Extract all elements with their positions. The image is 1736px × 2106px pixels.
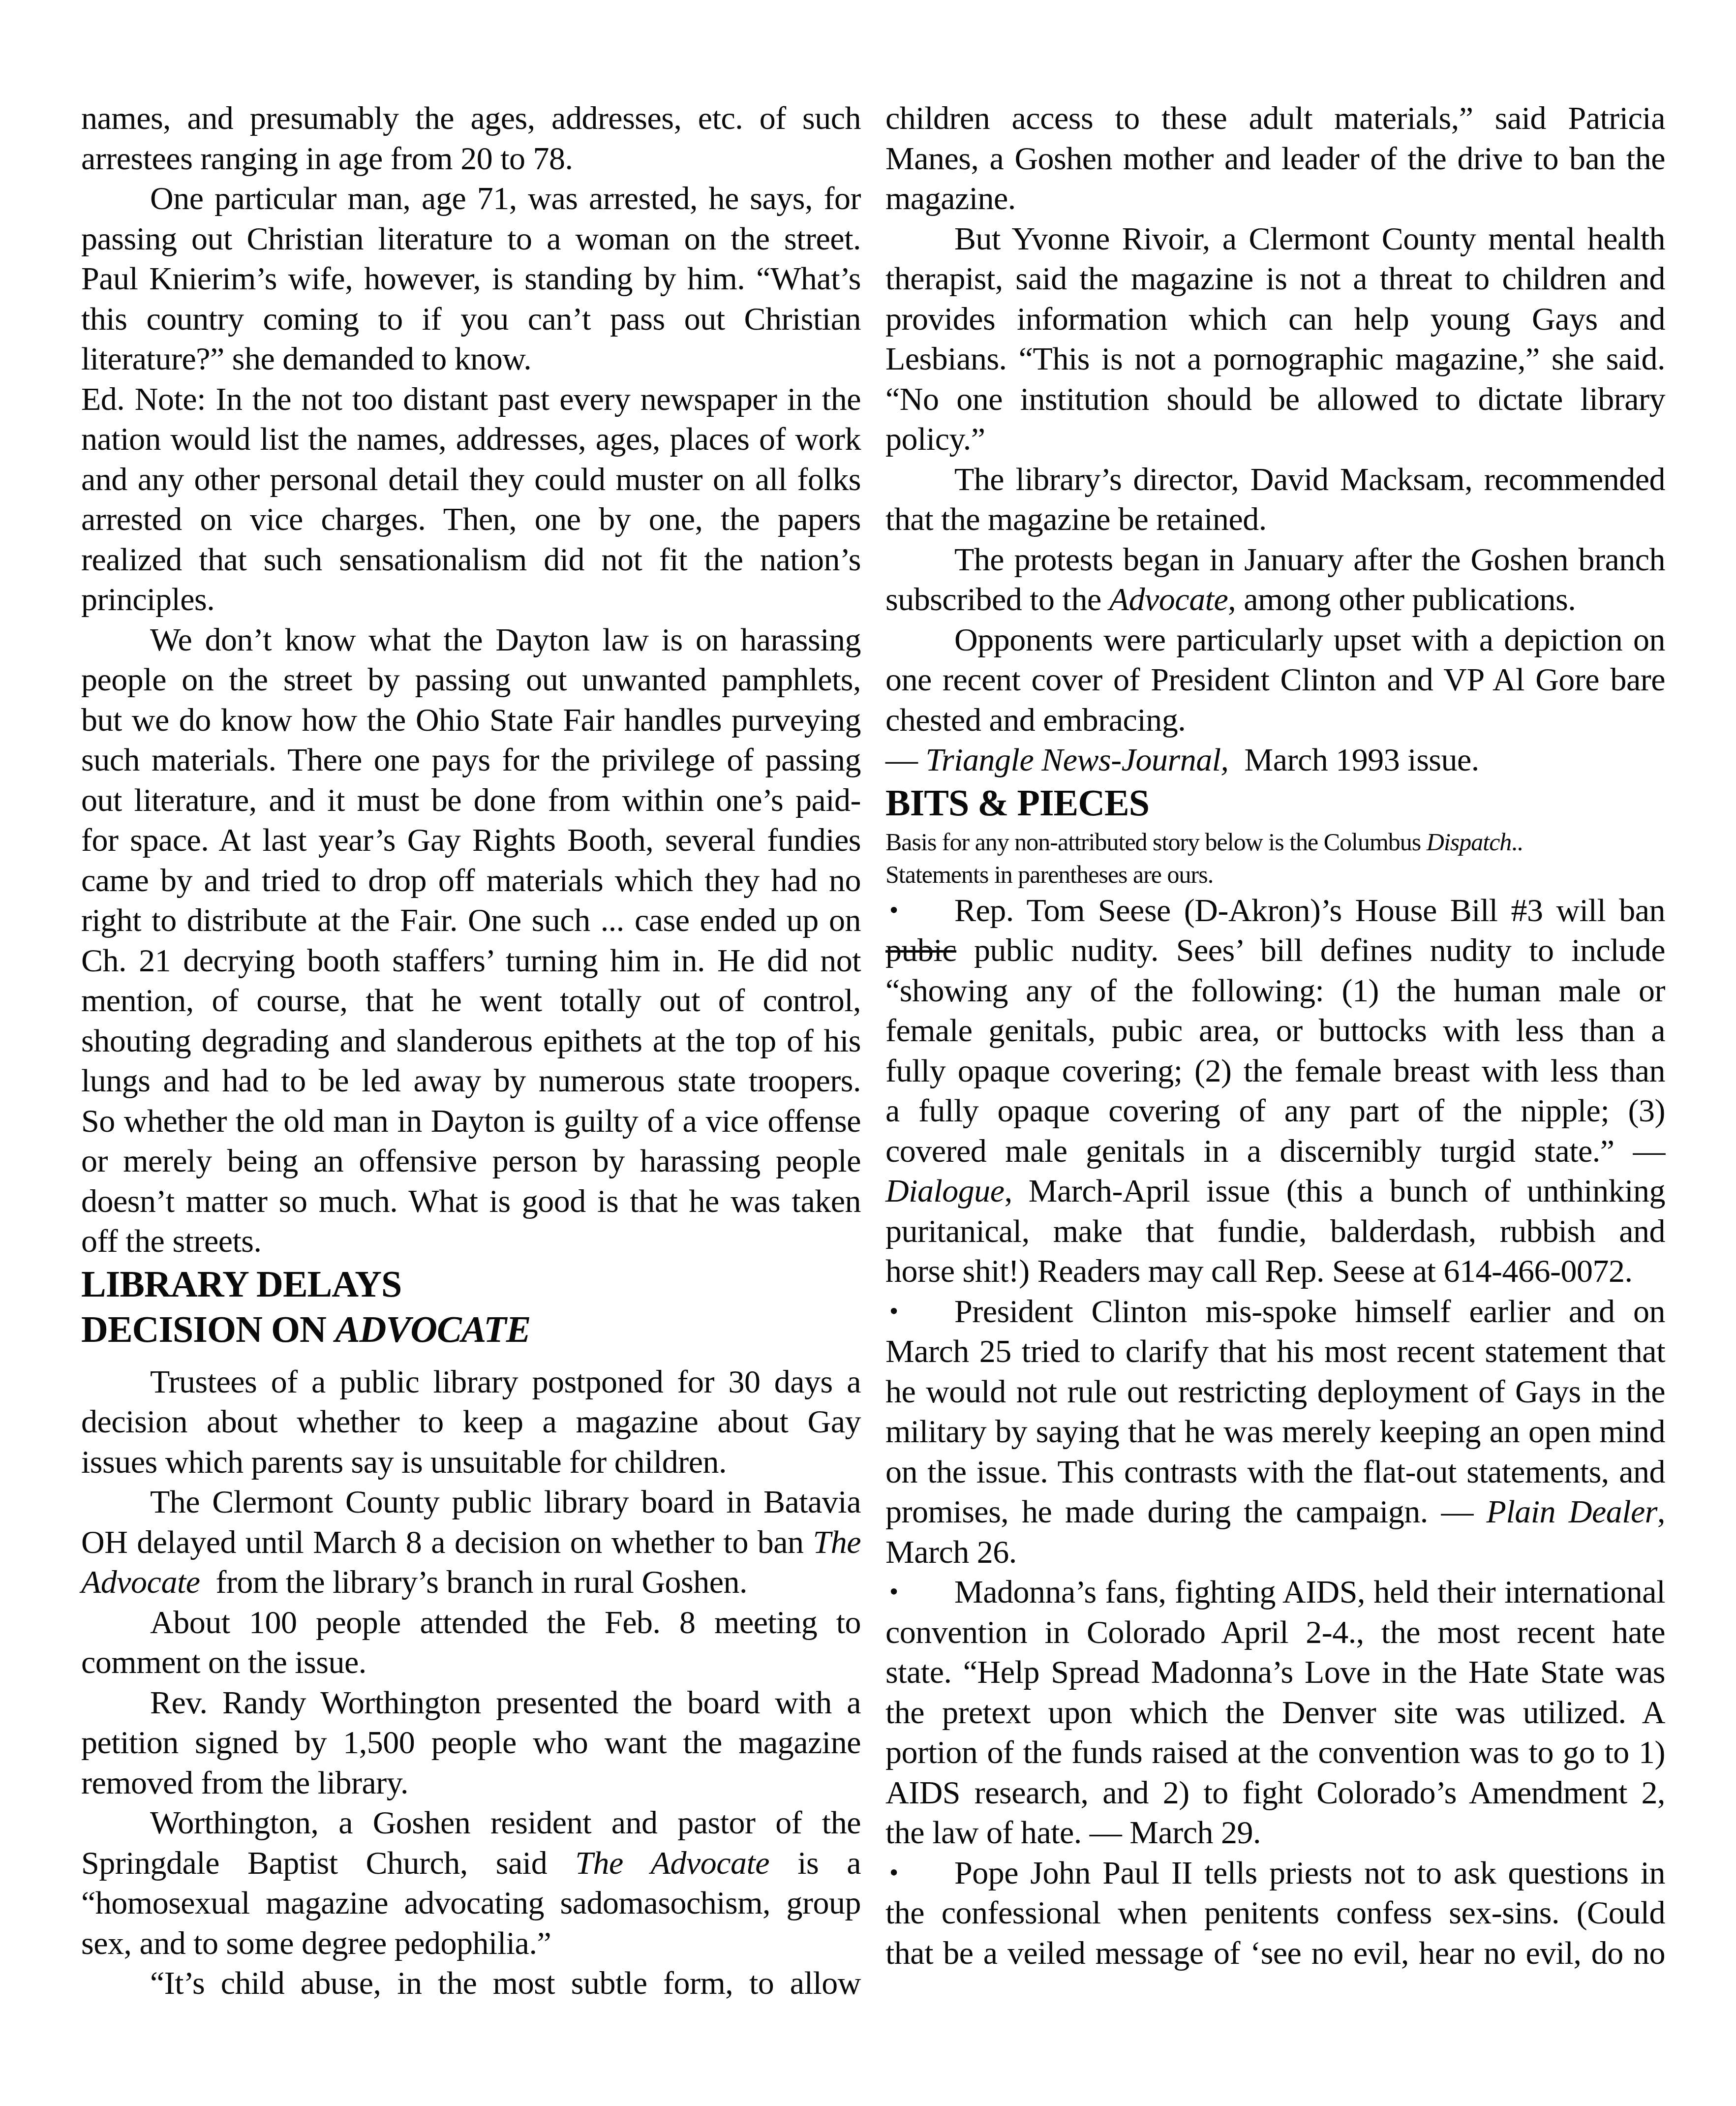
text-line: principles.: [81, 580, 861, 620]
text-line: one recent cover of President Clinton an…: [885, 660, 1665, 700]
text-span: , March-April issue (this a bunch of unt…: [1005, 1173, 1665, 1209]
text-line: •Madonna’s fans, fighting AIDS, held the…: [885, 1572, 1665, 1612]
text-line: people on the street by passing out unwa…: [81, 660, 861, 700]
text-line: magazine.: [885, 179, 1665, 219]
library-headline: LIBRARY DELAYS DECISION ON ADVOCATE: [81, 1262, 861, 1352]
text-line: Ch. 21 decrying booth staffers’ turning …: [81, 941, 861, 981]
publication-title: Dialogue: [885, 1173, 1005, 1209]
paragraph-worthington: Worthington, a Goshen resident and pasto…: [81, 1803, 861, 1963]
text-line: arrested on vice charges. Then, one by o…: [81, 499, 861, 540]
text-line: he would not rule out restricting deploy…: [885, 1372, 1665, 1412]
text-line: horse shit!) Readers may call Rep. Seese…: [885, 1251, 1665, 1292]
headline-italic-title: ADVOCATE: [335, 1309, 530, 1350]
paragraph-opponents: Opponents were particularly upset with a…: [885, 620, 1665, 741]
publication-title: Advocate: [81, 1564, 200, 1600]
text-line: covered male genitals in a discernibly t…: [885, 1131, 1665, 1172]
bullet-item-pope: •Pope John Paul II tells priests not to …: [885, 1853, 1665, 1974]
text-line: or merely being an offensive person by h…: [81, 1141, 861, 1181]
text-span: OH delayed until March 8 a decision on w…: [81, 1524, 813, 1560]
text-line: military by saying that he was merely ke…: [885, 1412, 1665, 1452]
paragraph-rivoir: But Yvonne Rivoir, a Clermont County men…: [885, 219, 1665, 460]
text-span: subscribed to the: [885, 582, 1109, 618]
text-line: for space. At last year’s Gay Rights Boo…: [81, 820, 861, 861]
struck-text: pubic: [885, 932, 956, 968]
text-line: therapist, said the magazine is not a th…: [885, 259, 1665, 299]
text-line: The library’s director, David Macksam, r…: [885, 460, 1665, 500]
text-span: ,: [1657, 1494, 1665, 1530]
paragraph-particular-man: One particular man, age 71, was arrested…: [81, 179, 861, 379]
text-span: from the library’s branch in rural Goshe…: [200, 1564, 748, 1600]
text-line: doesn’t matter so much. What is good is …: [81, 1181, 861, 1222]
text-line: literature?” she demanded to know.: [81, 339, 861, 379]
text-line: the confessional when penitents confess …: [885, 1893, 1665, 1933]
text-line: But Yvonne Rivoir, a Clermont County men…: [885, 219, 1665, 259]
text-span: Pope John Paul II tells priests not to a…: [954, 1855, 1665, 1891]
text-line: Springdale Baptist Church, said The Advo…: [81, 1843, 861, 1884]
text-line: So whether the old man in Dayton is guil…: [81, 1101, 861, 1142]
note-line: Statements in parentheses are ours.: [885, 858, 1665, 891]
text-line: promises, he made during the campaign. —…: [885, 1492, 1665, 1532]
note-line: Basis for any non-attributed story below…: [885, 826, 1665, 858]
publication-title: Advocate: [1109, 582, 1228, 618]
text-line: a fully opaque covering of any part of t…: [885, 1091, 1665, 1131]
text-line: policy.”: [885, 419, 1665, 460]
text-line: such materials. There one pays for the p…: [81, 740, 861, 780]
text-line: “It’s child abuse, in the most subtle fo…: [81, 1963, 861, 2004]
text-span: Madonna’s fans, fighting AIDS, held thei…: [954, 1574, 1665, 1610]
paragraph-manes: children access to these adult materials…: [885, 98, 1665, 219]
paragraph-trustees: Trustees of a public library postponed f…: [81, 1362, 861, 1483]
text-span: , among other publications.: [1228, 582, 1576, 618]
paragraph-attendance: About 100 people attended the Feb. 8 mee…: [81, 1603, 861, 1683]
headline-line: DECISION ON ADVOCATE: [81, 1307, 861, 1352]
text-line: Dialogue, March-April issue (this a bunc…: [885, 1171, 1665, 1211]
text-span: Basis for any non-attributed story below…: [885, 828, 1427, 856]
bits-note: Basis for any non-attributed story below…: [885, 826, 1665, 891]
article-continuation-arrests: names, and presumably the ages, addresse…: [81, 98, 861, 179]
bullet-icon: •: [889, 1853, 898, 1893]
text-line: chested and embracing.: [885, 700, 1665, 741]
bullet-item-clinton: •President Clinton mis-spoke himself ear…: [885, 1292, 1665, 1573]
newspaper-page: names, and presumably the ages, addresse…: [0, 0, 1736, 2106]
headline-text: DECISION ON: [81, 1309, 335, 1350]
text-line: •President Clinton mis-spoke himself ear…: [885, 1292, 1665, 1332]
text-line: but we do know how the Ohio State Fair h…: [81, 700, 861, 741]
text-line: Trustees of a public library postponed f…: [81, 1362, 861, 1402]
text-span: Springdale Baptist Church, said: [81, 1845, 575, 1881]
text-line: puritanical, make that fundie, balderdas…: [885, 1211, 1665, 1252]
publication-title: Plain Dealer: [1487, 1494, 1657, 1530]
text-line: that be a veiled message of ‘see no evil…: [885, 1933, 1665, 1974]
text-span: is a: [769, 1845, 861, 1881]
text-line: OH delayed until March 8 a decision on w…: [81, 1522, 861, 1563]
text-line: came by and tried to drop off materials …: [81, 861, 861, 901]
source-attribution: — Triangle News-Journal, March 1993 issu…: [885, 740, 1665, 780]
text-line: March 26.: [885, 1532, 1665, 1573]
text-line: the pretext upon which the Denver site w…: [885, 1693, 1665, 1733]
paragraph-petition: Rev. Randy Worthington presented the boa…: [81, 1683, 861, 1803]
publication-title: The: [813, 1524, 861, 1560]
text-line: Advocate from the library’s branch in ru…: [81, 1562, 861, 1603]
text-line: The Clermont County public library board…: [81, 1482, 861, 1522]
text-line: We don’t know what the Dayton law is on …: [81, 620, 861, 660]
right-column: children access to these adult materials…: [885, 98, 1665, 1973]
text-line: The protests began in January after the …: [885, 540, 1665, 580]
text-line: state. “Help Spread Madonna’s Love in th…: [885, 1652, 1665, 1693]
bullet-item-madonna: •Madonna’s fans, fighting AIDS, held the…: [885, 1572, 1665, 1853]
text-span: President Clinton mis-spoke himself earl…: [954, 1294, 1665, 1330]
text-line: decision about whether to keep a magazin…: [81, 1402, 861, 1442]
bits-and-pieces-headline: BITS & PIECES: [885, 780, 1665, 826]
em-dash: —: [885, 742, 926, 778]
text-line: the law of hate. — March 29.: [885, 1813, 1665, 1853]
publication-title: Dispatch: [1427, 828, 1512, 856]
text-span: Rep. Tom Seese (D-Akron)’s House Bill #3…: [954, 893, 1665, 929]
text-line: pubic public nudity. Sees’ bill defines …: [885, 930, 1665, 971]
bullet-icon: •: [889, 1292, 898, 1332]
text-line: that the magazine be retained.: [885, 499, 1665, 540]
left-column: names, and presumably the ages, addresse…: [81, 98, 861, 2004]
text-line: •Rep. Tom Seese (D-Akron)’s House Bill #…: [885, 891, 1665, 931]
text-line: children access to these adult materials…: [885, 98, 1665, 139]
text-span: public nudity. Sees’ bill defines nudity…: [956, 932, 1665, 968]
text-line: Ed. Note: In the not too distant past ev…: [81, 379, 861, 420]
text-line: sex, and to some degree pedophilia.”: [81, 1923, 861, 1964]
publication-title: Triangle News-Journal,: [926, 742, 1229, 778]
text-line: convention in Colorado April 2-4., the m…: [885, 1612, 1665, 1653]
text-line: right to distribute at the Fair. One suc…: [81, 900, 861, 941]
bullet-icon: •: [889, 891, 898, 931]
paragraph-clermont: The Clermont County public library board…: [81, 1482, 861, 1603]
text-span: March 1993 issue.: [1229, 742, 1479, 778]
text-span: promises, he made during the campaign. —: [885, 1494, 1487, 1530]
text-line: Rev. Randy Worthington presented the boa…: [81, 1683, 861, 1723]
text-line: — Triangle News-Journal, March 1993 issu…: [885, 740, 1665, 780]
text-line: arrestees ranging in age from 20 to 78.: [81, 139, 861, 179]
text-line: “showing any of the following: (1) the h…: [885, 971, 1665, 1011]
text-line: portion of the funds raised at the conve…: [885, 1733, 1665, 1773]
text-line: mention, of course, that he went totally…: [81, 981, 861, 1021]
text-line: •Pope John Paul II tells priests not to …: [885, 1853, 1665, 1893]
text-line: Manes, a Goshen mother and leader of the…: [885, 139, 1665, 179]
text-line: “homosexual magazine advocating sadomaso…: [81, 1883, 861, 1923]
text-line: “No one institution should be allowed to…: [885, 379, 1665, 420]
paragraph-child-abuse-quote: “It’s child abuse, in the most subtle fo…: [81, 1963, 861, 2004]
text-line: comment on the issue.: [81, 1642, 861, 1683]
text-line: nation would list the names, addresses, …: [81, 419, 861, 460]
text-line: this country coming to if you can’t pass…: [81, 299, 861, 340]
headline-line: LIBRARY DELAYS: [81, 1262, 861, 1307]
text-line: realized that such sensationalism did no…: [81, 540, 861, 580]
text-line: out literature, and it must be done from…: [81, 780, 861, 821]
paragraph-director: The library’s director, David Macksam, r…: [885, 460, 1665, 540]
paragraph-dayton-law: We don’t know what the Dayton law is on …: [81, 620, 861, 1262]
bullet-item-seese: •Rep. Tom Seese (D-Akron)’s House Bill #…: [885, 891, 1665, 1292]
text-line: provides information which can help youn…: [885, 299, 1665, 340]
paragraph-protests: The protests began in January after the …: [885, 540, 1665, 620]
text-line: AIDS research, and 2) to fight Colorado’…: [885, 1773, 1665, 1813]
text-line: Lesbians. “This is not a pornographic ma…: [885, 339, 1665, 379]
text-line: petition signed by 1,500 people who want…: [81, 1723, 861, 1763]
publication-title: The Advocate: [575, 1845, 769, 1881]
text-line: passing out Christian literature to a wo…: [81, 219, 861, 259]
text-line: names, and presumably the ages, addresse…: [81, 98, 861, 139]
text-line: and any other personal detail they could…: [81, 460, 861, 500]
text-line: Paul Knierim’s wife, however, is standin…: [81, 259, 861, 299]
text-line: shouting degrading and slanderous epithe…: [81, 1021, 861, 1061]
text-line: About 100 people attended the Feb. 8 mee…: [81, 1603, 861, 1643]
bullet-icon: •: [889, 1572, 898, 1612]
text-line: subscribed to the Advocate, among other …: [885, 580, 1665, 620]
text-line: on the issue. This contrasts with the fl…: [885, 1452, 1665, 1492]
text-line: Worthington, a Goshen resident and pasto…: [81, 1803, 861, 1843]
text-line: off the streets.: [81, 1221, 861, 1262]
text-line: fully opaque covering; (2) the female br…: [885, 1051, 1665, 1091]
text-line: female genitals, pubic area, or buttocks…: [885, 1011, 1665, 1051]
text-span: ..: [1511, 828, 1523, 856]
text-line: One particular man, age 71, was arrested…: [81, 179, 861, 219]
editor-note: Ed. Note: In the not too distant past ev…: [81, 379, 861, 620]
text-line: removed from the library.: [81, 1763, 861, 1803]
text-line: issues which parents say is unsuitable f…: [81, 1442, 861, 1483]
text-line: Opponents were particularly upset with a…: [885, 620, 1665, 660]
text-line: March 25 tried to clarify that his most …: [885, 1332, 1665, 1372]
text-line: lungs and had to be led away by numerous…: [81, 1061, 861, 1101]
